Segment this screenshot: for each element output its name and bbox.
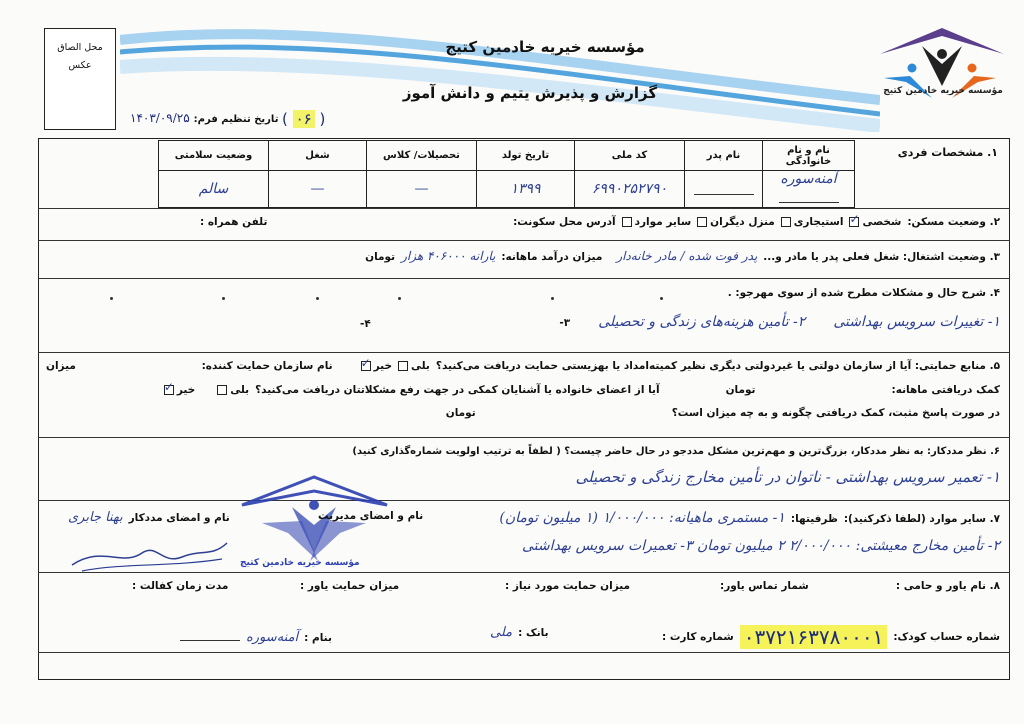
stamp-caption: مؤسسه خیریه خادمین کتیج bbox=[240, 558, 360, 568]
col-job: شغل bbox=[269, 141, 367, 171]
parent-job-value[interactable]: پدر فوت شده / مادر خانه‌دار bbox=[616, 249, 757, 263]
section6-label: ۶. نظر مددکار: به نظر مددکار، بزرگ‌ترین … bbox=[352, 446, 1000, 457]
dot-marker bbox=[110, 297, 113, 300]
form-date-value: ۱۴۰۳/۰۹/۲۵ bbox=[130, 111, 190, 125]
q2-yes-option[interactable]: بلی bbox=[217, 384, 249, 396]
q3-currency: تومان bbox=[446, 407, 476, 419]
checkbox-checked-icon[interactable] bbox=[164, 385, 174, 395]
col-father-name: نام پدر bbox=[685, 141, 763, 171]
amount-label: میزان bbox=[46, 360, 76, 372]
personal-info-table: نام و نام خانوادگی نام پدر کد ملی تاریخ … bbox=[158, 140, 855, 208]
income-currency: تومان bbox=[365, 251, 395, 263]
sponsor-contact-label: شمار تماس یاور: bbox=[720, 580, 809, 592]
needed-support-label: میزان حمایت مورد نیاز : bbox=[505, 580, 630, 592]
logo-caption: مؤسسه خیریه خادمین کتیج bbox=[878, 86, 1008, 96]
org-title: مؤسسه خیریه خادمین کتیج bbox=[420, 38, 670, 56]
sponsor-support-label: میزان حمایت یاور : bbox=[300, 580, 399, 592]
account-owner-label: بنام : bbox=[304, 632, 332, 644]
dot-marker bbox=[551, 297, 554, 300]
section2-label: ۲. وضعیت مسکن: bbox=[907, 216, 1000, 228]
worker-opinion-value[interactable]: ۱- تعمیر سرویس بهداشتی - ناتوان در تأمین… bbox=[576, 468, 1000, 486]
worker-name-value[interactable]: بهنا جابری bbox=[68, 510, 123, 525]
bank: بانک : ملی bbox=[490, 625, 549, 640]
divider bbox=[38, 572, 1010, 573]
problem-item-2[interactable]: ۲- تأمین هزینه‌های زندگی و تحصیلی bbox=[598, 314, 805, 330]
col-education: تحصیلات/ کلاس bbox=[367, 141, 477, 171]
form-date-label: تاریخ تنظیم فرم: bbox=[194, 114, 279, 125]
q2-no-option[interactable]: خیر bbox=[164, 384, 195, 396]
q1-yes-option[interactable]: بلی bbox=[398, 360, 430, 372]
dot-marker bbox=[660, 297, 663, 300]
checkbox-icon[interactable] bbox=[781, 217, 791, 227]
dot-marker bbox=[398, 297, 401, 300]
worker-signature: نام و امضای مددکار بهنا جابری bbox=[68, 510, 230, 525]
q1-no-option[interactable]: خیر bbox=[361, 360, 392, 372]
redaction-mark bbox=[694, 179, 754, 195]
guardianship-duration-label: مدت زمان کفالت : bbox=[132, 580, 228, 592]
col-national-id: کد ملی bbox=[575, 141, 685, 171]
child-account-value[interactable]: ۰۳۷۲۱۶۳۷۸۰۰۰۱ bbox=[740, 625, 888, 649]
checkbox-icon[interactable] bbox=[622, 217, 632, 227]
child-account-label: شماره حساب کودک: bbox=[893, 631, 1000, 643]
checkbox-icon[interactable] bbox=[398, 361, 408, 371]
scanned-form-page: محل الصاق عکس مؤسسه خیریه خادمین کتیج گز… bbox=[0, 0, 1024, 724]
col-birth-date: تاریخ تولد bbox=[477, 141, 575, 171]
dot-marker bbox=[222, 297, 225, 300]
problem-item-1[interactable]: ۱- تغییرات سرویس بهداشتی bbox=[833, 314, 1000, 330]
section7-line1: ۷. سایر موارد (لطفا ذکرکنید): ظرفیتها: ۱… bbox=[499, 510, 1000, 526]
phone-label: تلفن همراه : bbox=[200, 216, 267, 228]
account-owner-value[interactable]: آمنه‌سوره bbox=[246, 630, 298, 645]
section1-label: ۱. مشخصات فردی bbox=[898, 146, 998, 159]
divider bbox=[38, 278, 1010, 279]
checkbox-checked-icon[interactable] bbox=[361, 361, 371, 371]
option-label: استیجاری bbox=[794, 216, 844, 228]
value-health[interactable]: سالم bbox=[159, 171, 269, 208]
address-label: آدرس محل سکونت: bbox=[513, 216, 616, 228]
value-birth-date[interactable]: ۱۳۹۹ bbox=[477, 171, 575, 208]
value-job[interactable]: — bbox=[269, 171, 367, 208]
form-date: تاریخ تنظیم فرم: ۱۴۰۳/۰۹/۲۵ bbox=[130, 111, 278, 125]
photo-label-line1: محل الصاق bbox=[45, 39, 115, 57]
section5-line1: ۵. منابع حمایتی: آیا از سازمان دولتی یا … bbox=[202, 360, 1000, 372]
redaction-mark bbox=[779, 187, 839, 203]
section3-employment: ۳. وضعیت اشتغال: شغل فعلی پدر یا مادر و.… bbox=[365, 249, 1000, 263]
value-education[interactable]: — bbox=[367, 171, 477, 208]
capacities-label: ظرفیتها: bbox=[791, 513, 838, 525]
col-health: وضعیت سلامتی bbox=[159, 141, 269, 171]
divider bbox=[38, 208, 1010, 209]
value-father-name[interactable] bbox=[685, 171, 763, 208]
worker-signature-label: نام و امضای مددکار bbox=[129, 512, 230, 524]
divider bbox=[38, 240, 1010, 241]
section7-label: ۷. سایر موارد (لطفا ذکرکنید): bbox=[844, 513, 1000, 525]
income-label: میزان درآمد ماهانه: bbox=[501, 251, 602, 263]
bank-value[interactable]: ملی bbox=[490, 625, 512, 640]
section5-line2: کمک دریافتی ماهانه: تومان آیا از اعضای خ… bbox=[164, 384, 1000, 396]
dot-marker bbox=[316, 297, 319, 300]
signature-scribble-icon bbox=[62, 535, 232, 575]
child-account: شماره حساب کودک: ۰۳۷۲۱۶۳۷۸۰۰۰۱ شماره کار… bbox=[662, 625, 1000, 649]
checkbox-checked-icon[interactable] bbox=[849, 217, 859, 227]
housing-option-other[interactable]: سایر موارد bbox=[622, 216, 692, 228]
personal-info-value-row: آمنه‌سوره ۶۹۹۰۲۵۲۷۹۰ ۱۳۹۹ — — سالم bbox=[159, 171, 855, 208]
photo-label-line2: عکس bbox=[45, 57, 115, 75]
problem-item-4[interactable]: ۴- bbox=[360, 318, 371, 330]
divider bbox=[38, 500, 1010, 501]
no-label: خیر bbox=[374, 360, 392, 372]
section5-q3-label: در صورت پاسخ مثبت، کمک دریافتی چگونه و ب… bbox=[672, 407, 1000, 419]
other-notes-line1[interactable]: ۱- مستمری ماهیانه: ۱/۰۰۰/۰۰۰ (۱ میلیون ت… bbox=[499, 510, 785, 526]
form-title: گزارش و پذیرش یتیم و دانش آموز bbox=[400, 84, 660, 102]
photo-placeholder-box: محل الصاق عکس bbox=[44, 28, 116, 130]
divider bbox=[38, 352, 1010, 353]
section3-label: ۳. وضعیت اشتغال: شغل فعلی پدر یا مادر و.… bbox=[763, 251, 1000, 263]
other-notes-line2[interactable]: ۲- تأمین مخارج معیشتی: ۲/۰۰۰/۰۰۰ ۲ میلیو… bbox=[522, 538, 1000, 554]
yes-label: بلی bbox=[411, 360, 430, 372]
monthly-currency: تومان bbox=[726, 384, 756, 396]
manager-signature-label: نام و امضای مدیریت bbox=[318, 510, 423, 522]
value-full-name[interactable]: آمنه‌سوره bbox=[763, 171, 855, 208]
housing-option-personal[interactable]: شخصی bbox=[849, 216, 901, 228]
value-national-id[interactable]: ۶۹۹۰۲۵۲۷۹۰ bbox=[575, 171, 685, 208]
section5-q1-label: ۵. منابع حمایتی: آیا از سازمان دولتی یا … bbox=[436, 360, 1000, 372]
section4-label: ۴. شرح حال و مشکلات مطرح شده از سوی مهرج… bbox=[728, 287, 1000, 299]
divider bbox=[38, 437, 1010, 438]
yes-label: بلی bbox=[230, 384, 249, 396]
section5-q2-label: آیا از اعضای خانواده یا آشنایان کمکی در … bbox=[255, 384, 659, 396]
form-number-value: ۰۶ bbox=[293, 110, 315, 128]
bank-label: بانک : bbox=[518, 627, 548, 639]
checkbox-icon[interactable] bbox=[217, 385, 227, 395]
full-name-text: آمنه‌سوره bbox=[780, 171, 836, 187]
form-number: ( ۰۶ ) bbox=[282, 110, 325, 128]
no-label: خیر bbox=[177, 384, 195, 396]
section4-items: ۱- تغییرات سرویس بهداشتی ۲- تأمین هزینه‌… bbox=[559, 314, 1000, 330]
monthly-help-label: کمک دریافتی ماهانه: bbox=[892, 384, 1001, 396]
card-number-label: شماره کارت : bbox=[662, 631, 734, 643]
housing-option-others-home[interactable]: منزل دیگران bbox=[697, 216, 775, 228]
divider bbox=[38, 652, 1010, 653]
option-label: منزل دیگران bbox=[710, 216, 775, 228]
option-label: شخصی bbox=[862, 216, 901, 228]
redaction-mark bbox=[180, 625, 240, 641]
sponsor-name-label: ۸. نام یاور و حامی : bbox=[896, 580, 1000, 592]
support-org-label: نام سازمان حمایت کننده: bbox=[202, 360, 333, 372]
col-full-name: نام و نام خانوادگی bbox=[763, 141, 855, 171]
checkbox-icon[interactable] bbox=[697, 217, 707, 227]
section5-line3: در صورت پاسخ مثبت، کمک دریافتی چگونه و ب… bbox=[446, 407, 1000, 419]
option-label: سایر موارد bbox=[635, 216, 692, 228]
income-value[interactable]: یارانه ۴۰۶۰۰۰ هزار bbox=[401, 249, 495, 263]
account-owner: بنام : آمنه‌سوره bbox=[180, 625, 332, 645]
housing-option-rented[interactable]: استیجاری bbox=[781, 216, 844, 228]
section2-housing: ۲. وضعیت مسکن: شخصی استیجاری منزل دیگران… bbox=[513, 216, 1000, 228]
problem-item-3[interactable]: ۳- bbox=[559, 317, 570, 329]
personal-info-header-row: نام و نام خانوادگی نام پدر کد ملی تاریخ … bbox=[159, 141, 855, 171]
